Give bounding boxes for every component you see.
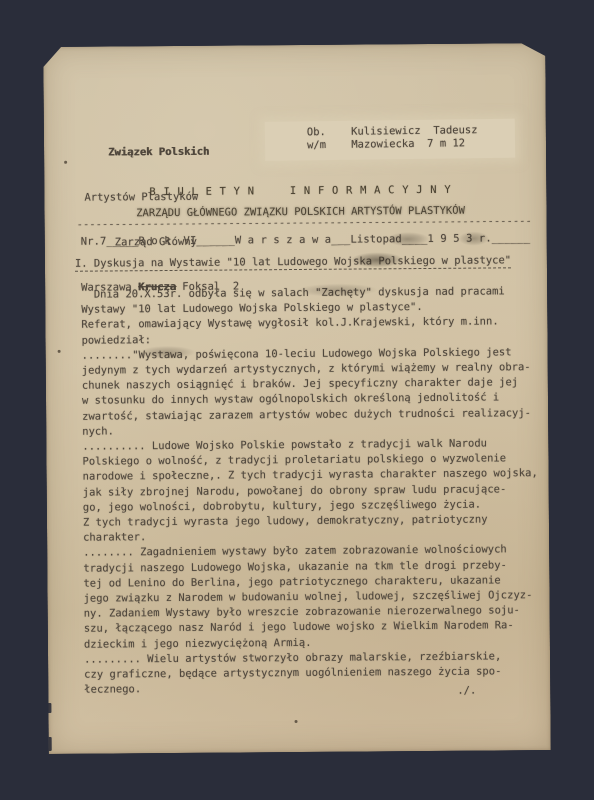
bulletin-title: B I U L E T Y N I N F O R M A C Y J N Y xyxy=(44,182,546,201)
body-text: Dnia 20.X.53r. odbyła się w salach "Zach… xyxy=(81,284,540,698)
paper-speck xyxy=(64,161,67,164)
address-label: Ob. Kulisiewicz Tadeusz w/m Mazowiecka 7… xyxy=(265,119,515,161)
paper-edge-mark xyxy=(48,737,52,751)
dashed-rule: ----------------------------------------… xyxy=(77,214,539,232)
page-end-mark: ./. xyxy=(457,684,476,699)
scan-background: Związek Polskich Artystów Plastyków Zarz… xyxy=(0,0,594,800)
document-page: Związek Polskich Artystów Plastyków Zarz… xyxy=(43,43,551,754)
section-heading-text: I. Dyskusja na Wystawie "10 lat Ludowego… xyxy=(75,254,511,271)
paper-edge-mark xyxy=(47,703,51,713)
sender-org-line1: Związek Polskich xyxy=(108,145,280,161)
section-heading: I. Dyskusja na Wystawie "10 lat Ludowego… xyxy=(75,253,511,272)
recipient-street-line: w/m Mazowiecka 7 m 12 xyxy=(307,136,465,153)
paper-speck xyxy=(295,720,298,723)
paper-speck xyxy=(58,350,61,353)
sender-block: Związek Polskich Artystów Plastyków Zarz… xyxy=(80,114,280,180)
